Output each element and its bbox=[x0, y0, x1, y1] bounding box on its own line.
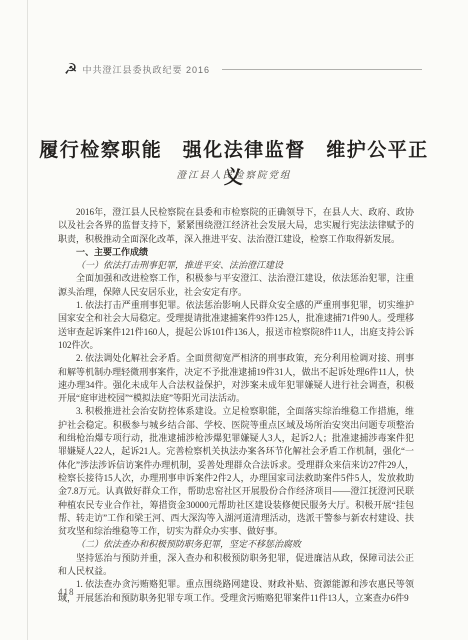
subsection-heading-2: （二）依法查办和积极预防职务犯罪，坚定不移惩治腐败 bbox=[58, 538, 414, 551]
subsection-heading-1: （一）依法打击刑事犯罪，推进平安、法治澄江建设 bbox=[58, 259, 414, 272]
paragraph: 3. 积极推进社会治安防控体系建设。立足检察职能，全面落实综治维稳工作措施，维护… bbox=[58, 405, 414, 538]
section-heading: 一、主要工作成绩 bbox=[58, 246, 414, 259]
book-page: ☭ 中共澄江县委执政纪要 2016 履行检察职能 强化法律监督 维护公平正义 澄… bbox=[0, 0, 468, 640]
article-body: 2016年，澄江县人民检察院在县委和市检察院的正确领导下，在县人大、政府、政协以… bbox=[58, 206, 414, 605]
paragraph: 坚持惩治与预防并重，深入查办和积极预防职务犯罪，促进廉洁从政，保障司法公正和人民… bbox=[58, 552, 414, 579]
paragraph: 全面加强和改进检察工作，积极参与平安澄江、法治澄江建设，依法惩治犯罪，注重源头治… bbox=[58, 272, 414, 299]
paragraph: 2. 依法调处化解社会矛盾。全面贯彻宽严相济的刑事政策，充分利用检调对接、刑事和… bbox=[58, 352, 414, 405]
page-header: ☭ 中共澄江县委执政纪要 2016 bbox=[64, 61, 422, 77]
page-number: 418 bbox=[58, 587, 75, 597]
party-emblem-icon: ☭ bbox=[64, 62, 77, 77]
page-gutter-line bbox=[27, 0, 28, 640]
paragraph: 1. 依法查办贪污贿赂犯罪。重点围绕路网建设、财政补贴、资源能源和涉农惠民等领域… bbox=[58, 578, 414, 605]
paragraph-intro: 2016年，澄江县人民检察院在县委和市检察院的正确领导下，在县人大、政府、政协以… bbox=[58, 206, 414, 246]
running-head: 中共澄江县委执政纪要 2016 bbox=[82, 63, 210, 76]
header-rule bbox=[222, 69, 422, 70]
article-byline: 澄江县人民检察院党组 bbox=[0, 167, 468, 181]
paragraph: 1. 依法打击严重刑事犯罪。依法惩治影响人民群众安全感的严重刑事犯罪，切实维护国… bbox=[58, 299, 414, 352]
